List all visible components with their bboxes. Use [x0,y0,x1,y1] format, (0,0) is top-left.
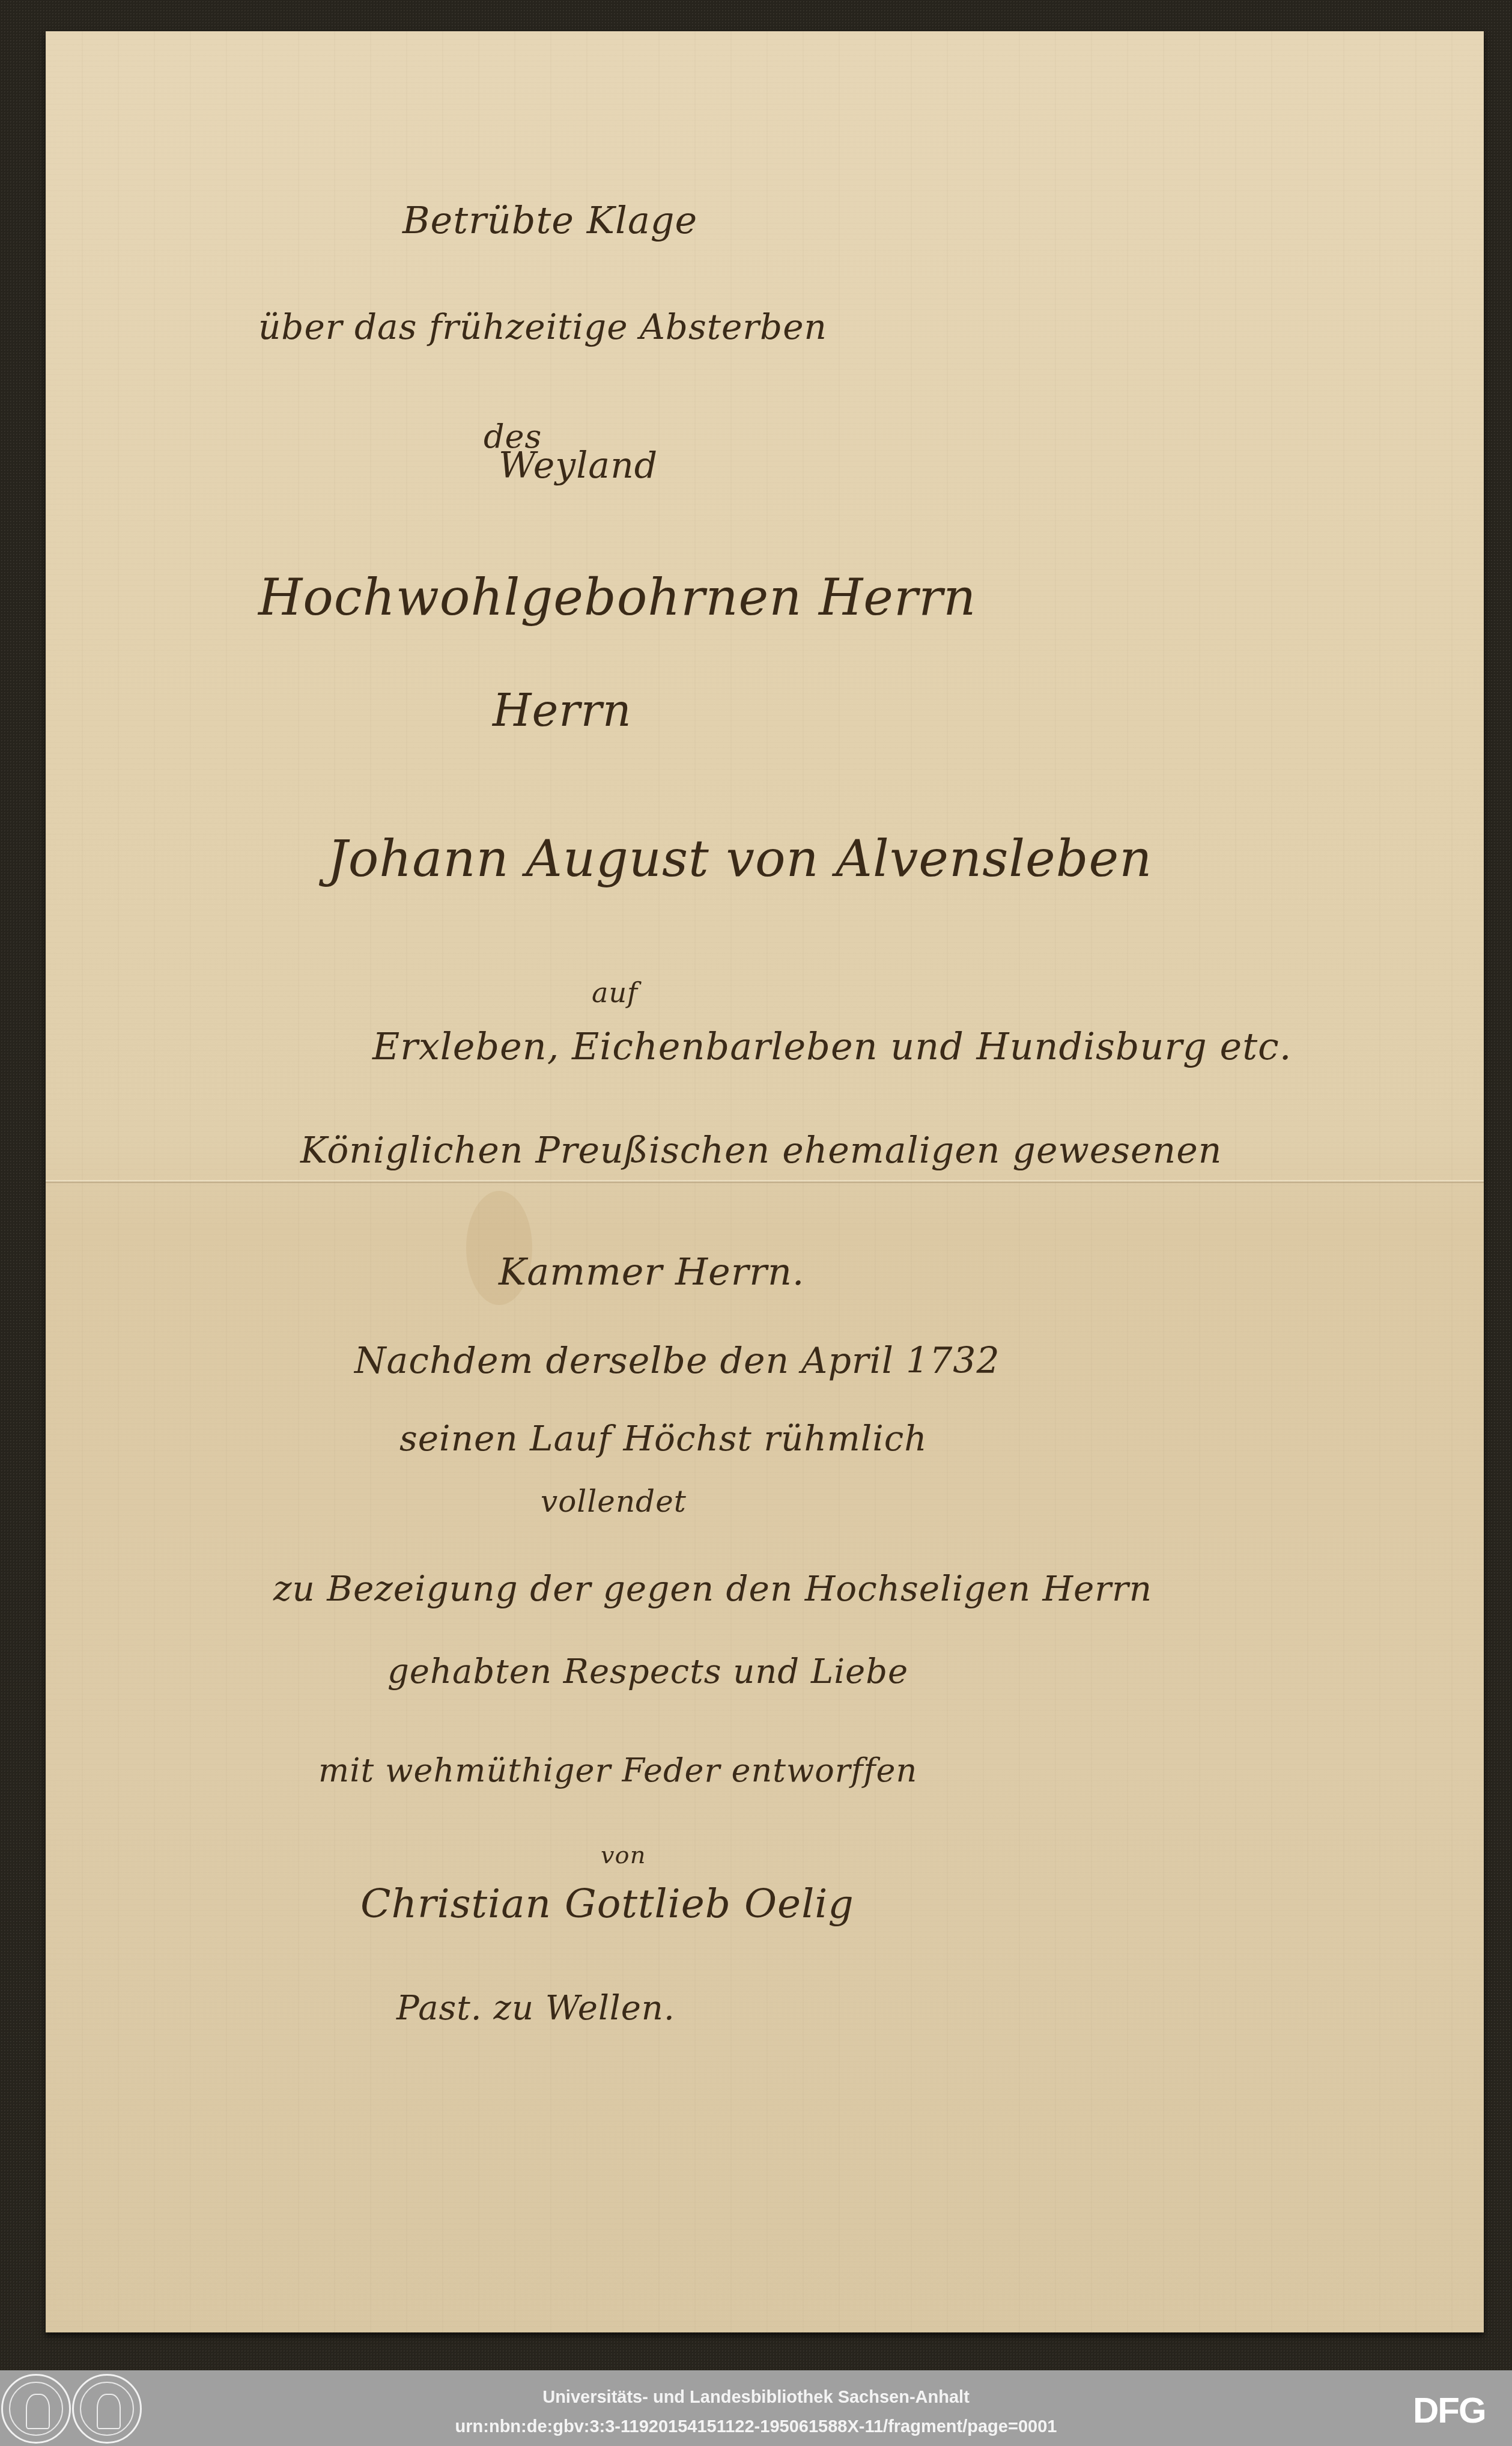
text-line-weyland: Weyland [499,445,658,487]
paper-fold-line [46,1180,1484,1183]
text-line-von: von [601,1842,646,1869]
author-name: Christian Gottlieb Oelig [360,1881,854,1927]
manuscript-page [46,31,1484,2332]
text-line-estates: Erxleben, Eichenbarleben und Hundisburg … [372,1024,1292,1068]
institution-name: Universitäts- und Landesbibliothek Sachs… [0,2388,1512,2408]
text-line-vollendet: vollendet [541,1484,687,1519]
title-line-2: über das frühzeitige Absterben [258,306,827,347]
text-line-herrn: Herrn [493,685,632,737]
library-footer: Universitäts- und Landesbibliothek Sachs… [0,2370,1512,2446]
urn-identifier: urn:nbn:de:gbv:3:3-11920154151122-195061… [0,2417,1512,2437]
dfg-logo-icon: DFG [1413,2390,1486,2431]
text-line-bezeigung: zu Bezeigung der gegen den Hochseligen H… [273,1568,1152,1609]
text-line-feder: mit wehmüthiger Feder entworffen [318,1751,917,1789]
text-line-date: Nachdem derselbe den April 1732 [354,1340,1000,1382]
text-line-auf: auf [592,976,638,1009]
text-line-kammerherrn: Kammer Herrn. [499,1250,805,1294]
text-line-name: Johann August von Alvensleben [327,829,1152,888]
title-line-1: Betrübte Klage [402,198,697,242]
text-line-lauf: seinen Lauf Höchst rühmlich [399,1418,928,1459]
author-title: Past. zu Wellen. [396,1989,675,2028]
text-line-hochwohlgebohrnen: Hochwohlgebohrnen Herrn [258,568,976,627]
text-line-respects: gehabten Respects und Liebe [387,1652,908,1691]
text-line-koeniglichen: Königlichen Preußischen ehemaligen gewes… [300,1130,1222,1172]
